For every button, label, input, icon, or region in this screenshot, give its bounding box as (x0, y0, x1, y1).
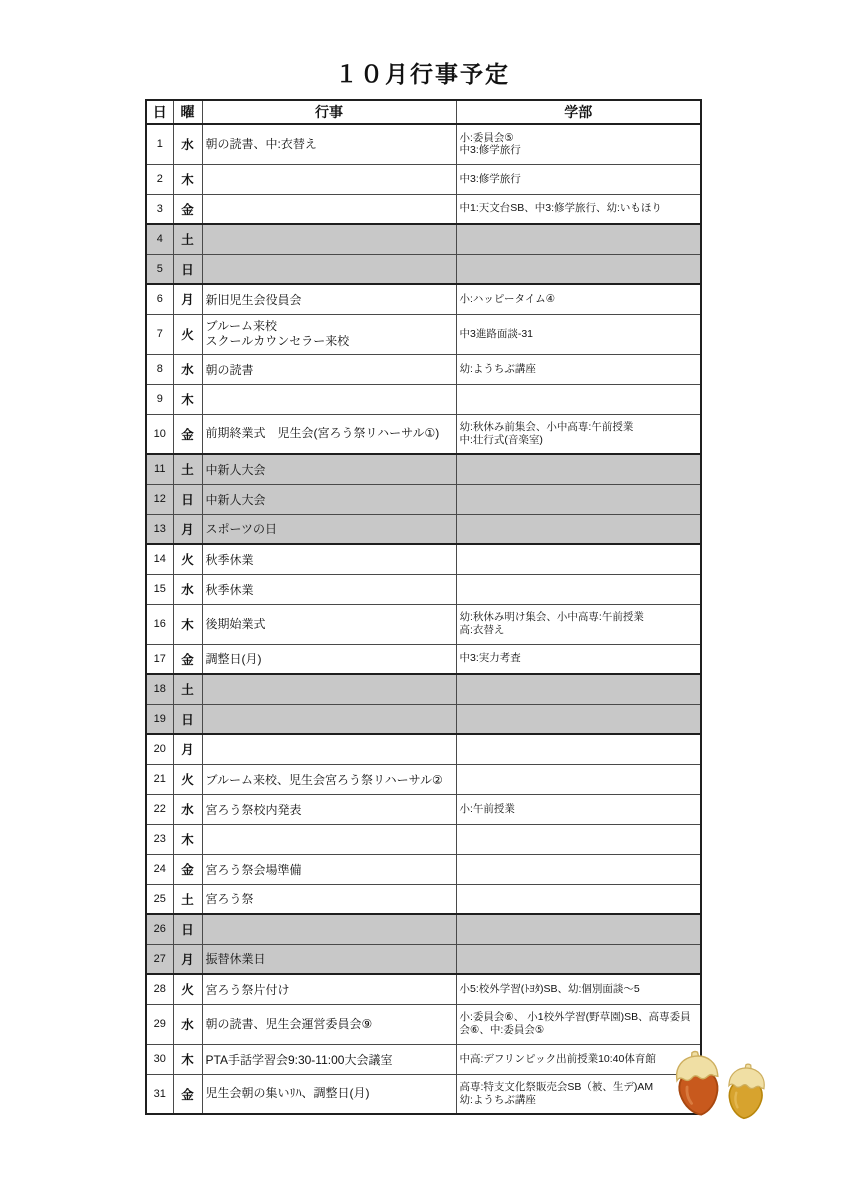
event-cell: 中新人大会 (202, 484, 456, 514)
department-cell: 中3進路面談-31 (456, 314, 701, 354)
table-row: 10 金 前期終業式 児生会(宮ろう祭リハーサル①) 幼:秋休み前集会、小中高専… (146, 414, 701, 454)
table-row: 19 日 (146, 704, 701, 734)
event-cell (202, 734, 456, 764)
day-cell: 17 (146, 644, 173, 674)
day-cell: 25 (146, 884, 173, 914)
weekday-cell: 木 (173, 1044, 202, 1074)
table-row: 24 金 宮ろう祭会場準備 (146, 854, 701, 884)
table-row: 9 木 (146, 384, 701, 414)
table-row: 11 土 中新人大会 (146, 454, 701, 484)
weekday-cell: 水 (173, 794, 202, 824)
day-cell: 22 (146, 794, 173, 824)
table-row: 13 月 スポーツの日 (146, 514, 701, 544)
department-cell (456, 454, 701, 484)
table-row: 25 土 宮ろう祭 (146, 884, 701, 914)
weekday-cell: 木 (173, 824, 202, 854)
weekday-cell: 水 (173, 1004, 202, 1044)
event-cell: ブルーム来校、児生会宮ろう祭リハーサル② (202, 764, 456, 794)
event-cell: PTA手話学習会9:30-11:00大会議室 (202, 1044, 456, 1074)
event-cell: 秋季休業 (202, 544, 456, 574)
table-row: 17 金 調整日(月) 中3:実力考査 (146, 644, 701, 674)
event-cell: ブルーム来校 スクールカウンセラー来校 (202, 314, 456, 354)
weekday-cell: 木 (173, 604, 202, 644)
event-cell: 宮ろう祭会場準備 (202, 854, 456, 884)
event-cell: 秋季休業 (202, 574, 456, 604)
weekday-cell: 金 (173, 194, 202, 224)
day-cell: 3 (146, 194, 173, 224)
department-cell: 中3:実力考査 (456, 644, 701, 674)
department-cell (456, 914, 701, 944)
day-cell: 30 (146, 1044, 173, 1074)
weekday-cell: 土 (173, 674, 202, 704)
header-cell-event: 行事 (202, 100, 456, 124)
table-row: 29 水 朝の読書、児生会運営委員会⑨ 小:委員会⑥、 小1校外学習(野草園)S… (146, 1004, 701, 1044)
day-cell: 6 (146, 284, 173, 314)
event-cell: 振替休業日 (202, 944, 456, 974)
table-row: 27 月 振替休業日 (146, 944, 701, 974)
department-cell (456, 824, 701, 854)
event-cell (202, 674, 456, 704)
weekday-cell: 金 (173, 644, 202, 674)
weekday-cell: 金 (173, 414, 202, 454)
day-cell: 16 (146, 604, 173, 644)
day-cell: 27 (146, 944, 173, 974)
table-row: 31 金 児生会朝の集いﾘﾊ、調整日(月) 高専:特支文化祭販売会SB（被、生デ… (146, 1074, 701, 1114)
weekday-cell: 木 (173, 164, 202, 194)
table-row: 16 木 後期始業式 幼:秋休み明け集会、小中高専:午前授業 高:衣替え (146, 604, 701, 644)
day-cell: 29 (146, 1004, 173, 1044)
table-row: 3 金 中1:天文台SB、中3:修学旅行、幼:いもほり (146, 194, 701, 224)
event-cell: スポーツの日 (202, 514, 456, 544)
table-header-row: 日 曜 行事 学部 (146, 100, 701, 124)
event-cell (202, 914, 456, 944)
table-row: 23 木 (146, 824, 701, 854)
table-row: 7 火 ブルーム来校 スクールカウンセラー来校 中3進路面談-31 (146, 314, 701, 354)
day-cell: 26 (146, 914, 173, 944)
day-cell: 14 (146, 544, 173, 574)
department-cell (456, 884, 701, 914)
day-cell: 2 (146, 164, 173, 194)
department-cell: 幼:秋休み明け集会、小中高専:午前授業 高:衣替え (456, 604, 701, 644)
day-cell: 23 (146, 824, 173, 854)
schedule-table: 日 曜 行事 学部 1 水 朝の読書、中:衣替え 小:委員会⑤ 中3:修学旅行 … (145, 99, 702, 1115)
page-title: １０月行事予定 (145, 56, 700, 89)
weekday-cell: 日 (173, 914, 202, 944)
weekday-cell: 日 (173, 484, 202, 514)
day-cell: 18 (146, 674, 173, 704)
weekday-cell: 火 (173, 764, 202, 794)
department-cell: 小:午前授業 (456, 794, 701, 824)
table-row: 22 水 宮ろう祭校内発表 小:午前授業 (146, 794, 701, 824)
table-row: 1 水 朝の読書、中:衣替え 小:委員会⑤ 中3:修学旅行 (146, 124, 701, 164)
department-cell: 幼:秋休み前集会、小中高専:午前授業 中:壮行式(音楽室) (456, 414, 701, 454)
department-cell (456, 704, 701, 734)
department-cell (456, 674, 701, 704)
department-cell (456, 224, 701, 254)
department-cell (456, 944, 701, 974)
table-row: 28 火 宮ろう祭片付け 小5:校外学習(ﾄﾖﾀ)SB、幼:個別面談～5 (146, 974, 701, 1004)
event-cell (202, 194, 456, 224)
day-cell: 13 (146, 514, 173, 544)
event-cell: 宮ろう祭校内発表 (202, 794, 456, 824)
event-cell: 前期終業式 児生会(宮ろう祭リハーサル①) (202, 414, 456, 454)
table-row: 14 火 秋季休業 (146, 544, 701, 574)
table-row: 30 木 PTA手話学習会9:30-11:00大会議室 中高:デフリンピック出前… (146, 1044, 701, 1074)
department-cell: 幼:ようちぶ講座 (456, 354, 701, 384)
event-cell: 新旧児生会役員会 (202, 284, 456, 314)
day-cell: 28 (146, 974, 173, 1004)
weekday-cell: 土 (173, 224, 202, 254)
table-row: 5 日 (146, 254, 701, 284)
department-cell (456, 544, 701, 574)
department-cell: 小:委員会⑥、 小1校外学習(野草園)SB、高専委員会⑥、中:委員会⑤ (456, 1004, 701, 1044)
day-cell: 9 (146, 384, 173, 414)
department-cell (456, 764, 701, 794)
weekday-cell: 土 (173, 884, 202, 914)
day-cell: 19 (146, 704, 173, 734)
table-row: 12 日 中新人大会 (146, 484, 701, 514)
acorn-gold-icon (719, 1060, 772, 1124)
event-cell (202, 254, 456, 284)
header-cell-weekday: 曜 (173, 100, 202, 124)
weekday-cell: 火 (173, 974, 202, 1004)
weekday-cell: 金 (173, 854, 202, 884)
day-cell: 8 (146, 354, 173, 384)
header-cell-department: 学部 (456, 100, 701, 124)
table-row: 18 土 (146, 674, 701, 704)
day-cell: 20 (146, 734, 173, 764)
event-cell: 児生会朝の集いﾘﾊ、調整日(月) (202, 1074, 456, 1114)
event-cell: 朝の読書 (202, 354, 456, 384)
day-cell: 31 (146, 1074, 173, 1114)
weekday-cell: 水 (173, 574, 202, 604)
department-cell (456, 574, 701, 604)
event-cell (202, 384, 456, 414)
day-cell: 21 (146, 764, 173, 794)
weekday-cell: 火 (173, 544, 202, 574)
weekday-cell: 日 (173, 704, 202, 734)
department-cell: 小:委員会⑤ 中3:修学旅行 (456, 124, 701, 164)
event-cell: 朝の読書、児生会運営委員会⑨ (202, 1004, 456, 1044)
weekday-cell: 火 (173, 314, 202, 354)
weekday-cell: 日 (173, 254, 202, 284)
weekday-cell: 水 (173, 354, 202, 384)
event-cell: 宮ろう祭片付け (202, 974, 456, 1004)
weekday-cell: 月 (173, 284, 202, 314)
day-cell: 7 (146, 314, 173, 354)
table-row: 21 火 ブルーム来校、児生会宮ろう祭リハーサル② (146, 764, 701, 794)
table-row: 6 月 新旧児生会役員会 小:ハッピータイム④ (146, 284, 701, 314)
department-cell (456, 734, 701, 764)
table-row: 15 水 秋季休業 (146, 574, 701, 604)
day-cell: 4 (146, 224, 173, 254)
table-row: 4 土 (146, 224, 701, 254)
department-cell (456, 254, 701, 284)
event-cell: 宮ろう祭 (202, 884, 456, 914)
table-row: 26 日 (146, 914, 701, 944)
day-cell: 11 (146, 454, 173, 484)
weekday-cell: 月 (173, 734, 202, 764)
department-cell (456, 854, 701, 884)
department-cell: 中1:天文台SB、中3:修学旅行、幼:いもほり (456, 194, 701, 224)
day-cell: 15 (146, 574, 173, 604)
schedule-table-body: 1 水 朝の読書、中:衣替え 小:委員会⑤ 中3:修学旅行 2 木 中3:修学旅… (146, 124, 701, 1114)
table-row: 2 木 中3:修学旅行 (146, 164, 701, 194)
event-cell (202, 164, 456, 194)
weekday-cell: 水 (173, 124, 202, 164)
event-cell: 調整日(月) (202, 644, 456, 674)
department-cell (456, 384, 701, 414)
event-cell: 朝の読書、中:衣替え (202, 124, 456, 164)
department-cell: 小:ハッピータイム④ (456, 284, 701, 314)
department-cell (456, 484, 701, 514)
event-cell (202, 224, 456, 254)
department-cell: 中高:デフリンピック出前授業10:40体育館 (456, 1044, 701, 1074)
weekday-cell: 月 (173, 514, 202, 544)
department-cell: 小5:校外学習(ﾄﾖﾀ)SB、幼:個別面談～5 (456, 974, 701, 1004)
department-cell (456, 514, 701, 544)
day-cell: 5 (146, 254, 173, 284)
day-cell: 10 (146, 414, 173, 454)
weekday-cell: 木 (173, 384, 202, 414)
weekday-cell: 金 (173, 1074, 202, 1114)
event-cell (202, 824, 456, 854)
event-cell: 後期始業式 (202, 604, 456, 644)
day-cell: 24 (146, 854, 173, 884)
department-cell: 高専:特支文化祭販売会SB（被、生デ)AM 幼:ようちぶ講座 (456, 1074, 701, 1114)
day-cell: 12 (146, 484, 173, 514)
event-cell (202, 704, 456, 734)
table-row: 20 月 (146, 734, 701, 764)
header-cell-day: 日 (146, 100, 173, 124)
day-cell: 1 (146, 124, 173, 164)
weekday-cell: 月 (173, 944, 202, 974)
department-cell: 中3:修学旅行 (456, 164, 701, 194)
table-row: 8 水 朝の読書 幼:ようちぶ講座 (146, 354, 701, 384)
weekday-cell: 土 (173, 454, 202, 484)
event-cell: 中新人大会 (202, 454, 456, 484)
